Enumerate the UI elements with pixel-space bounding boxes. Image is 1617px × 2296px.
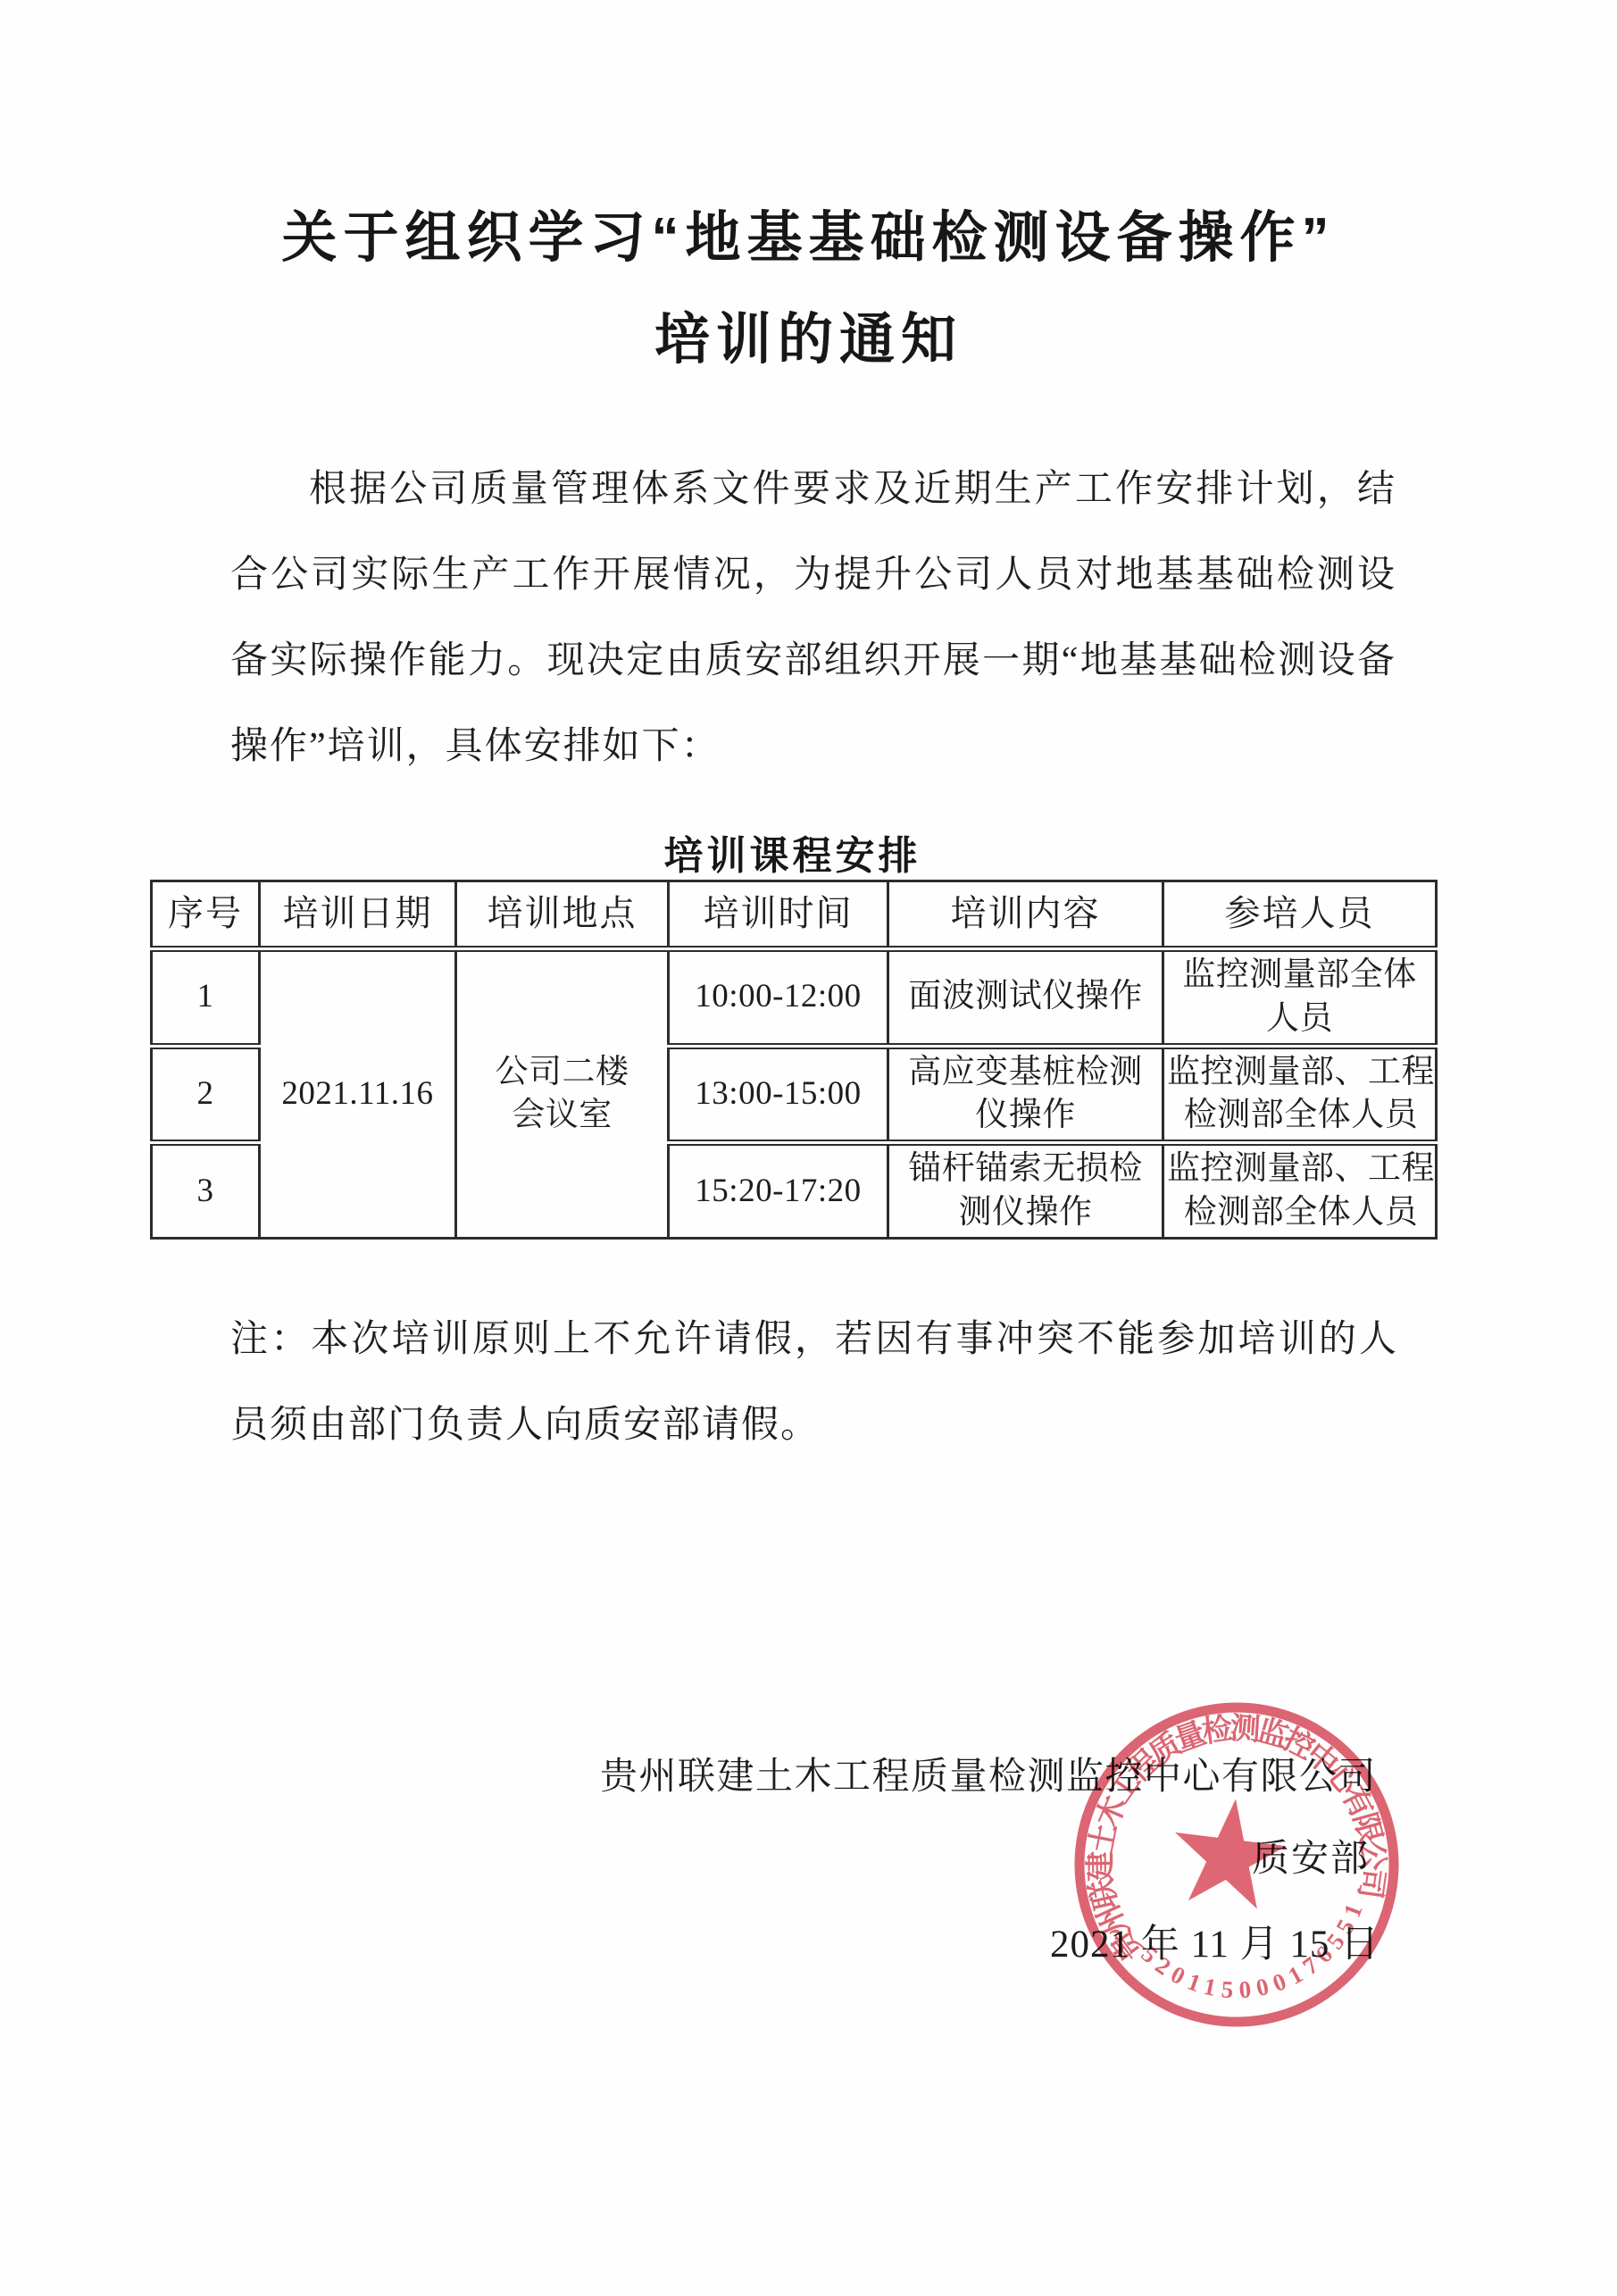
cell-date-merged: 2021.11.16 (260, 949, 456, 1239)
location-text: 公司二楼会议室 (488, 1051, 638, 1139)
cell-time: 10:00-12:00 (669, 949, 888, 1047)
cell-no: 1 (152, 949, 260, 1047)
signature-company: 贵州联建土木工程质量检测监控中心有限公司 (600, 1747, 1377, 1800)
training-schedule-table: 序号 培训日期 培训地点 培训时间 培训内容 参培人员 1 2021.11.16… (150, 880, 1438, 1240)
body-paragraph: 根据公司质量管理体系文件要求及近期生产工作安排计划，结合公司实际生产工作开展情况… (230, 447, 1396, 789)
table-header-row: 序号 培训日期 培训地点 培训时间 培训内容 参培人员 (152, 881, 1437, 949)
document-title-line1: 关于组织学习“地基基础检测设备操作” (0, 188, 1617, 289)
signature-department: 质安部 (1252, 1829, 1370, 1883)
header-cell-location: 培训地点 (456, 881, 669, 949)
content-text: 锚杆锚索无损检测仪操作 (904, 1148, 1147, 1235)
attendees-text: 监控测量部全体人员 (1179, 954, 1421, 1041)
cell-location-merged: 公司二楼会议室 (456, 949, 669, 1239)
attendees-text: 监控测量部、工程检测部全体人员 (1166, 1148, 1436, 1235)
cell-time: 15:20-17:20 (669, 1143, 888, 1239)
header-cell-time: 培训时间 (669, 881, 888, 949)
note-paragraph: 注：本次培训原则上不允许请假，若因有事冲突不能参加培训的人员须由部门负责人向质安… (230, 1297, 1398, 1468)
cell-time: 13:00-15:00 (669, 1046, 888, 1143)
document-title: 关于组织学习“地基基础检测设备操作” 培训的通知 (0, 188, 1617, 391)
content-text: 高应变基桩检测仪操作 (904, 1051, 1147, 1139)
header-cell-attendees: 参培人员 (1163, 881, 1437, 949)
notice-document-page: 关于组织学习“地基基础检测设备操作” 培训的通知 根据公司质量管理体系文件要求及… (0, 0, 1617, 2296)
cell-no: 2 (152, 1046, 260, 1143)
cell-attendees: 监控测量部、工程检测部全体人员 (1163, 1143, 1437, 1239)
header-cell-content: 培训内容 (888, 881, 1163, 949)
cell-content: 面波测试仪操作 (888, 949, 1163, 1047)
cell-attendees: 监控测量部全体人员 (1163, 949, 1437, 1047)
attendees-text: 监控测量部、工程检测部全体人员 (1166, 1051, 1436, 1139)
content-text: 面波测试仪操作 (904, 975, 1147, 1019)
cell-no: 3 (152, 1143, 260, 1239)
document-title-line2: 培训的通知 (0, 289, 1617, 391)
table-row: 1 2021.11.16 公司二楼会议室 10:00-12:00 面波测试仪操作… (152, 949, 1437, 1047)
signature-date: 2021 年 11 月 15 日 (1050, 1914, 1379, 1968)
cell-content: 锚杆锚索无损检测仪操作 (888, 1143, 1163, 1239)
header-cell-no: 序号 (152, 881, 260, 949)
cell-content: 高应变基桩检测仪操作 (888, 1046, 1163, 1143)
table-caption: 培训课程安排 (150, 823, 1435, 881)
header-cell-date: 培训日期 (260, 881, 456, 949)
cell-attendees: 监控测量部、工程检测部全体人员 (1163, 1046, 1437, 1143)
